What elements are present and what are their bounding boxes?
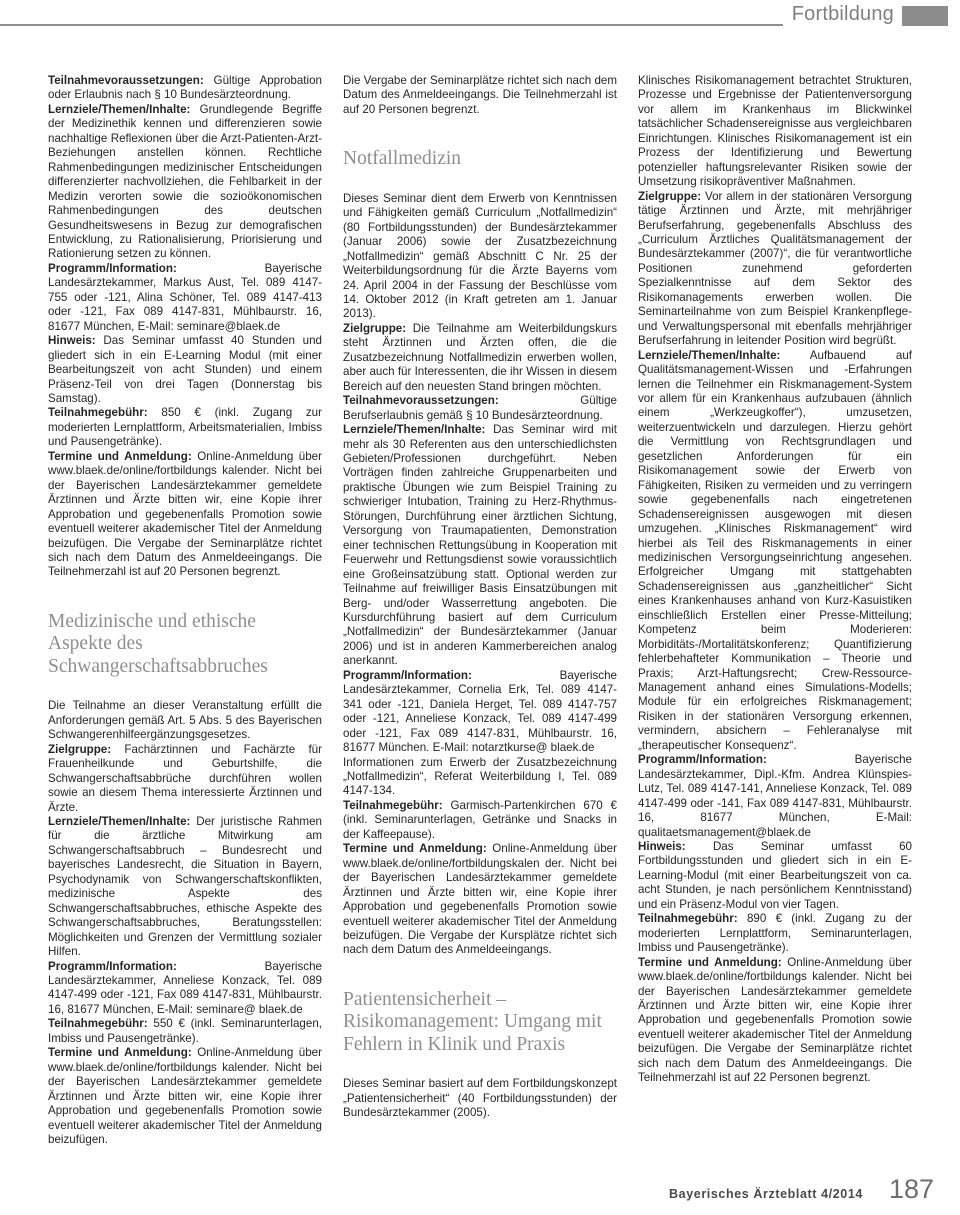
paragraph-text: Der juristische Rahmen für die ärztliche… xyxy=(48,815,322,958)
paragraph-label: Termine und Anmeldung: xyxy=(638,956,782,969)
paragraph-label: Zielgruppe: xyxy=(638,190,701,203)
paragraph: Lernziele/Themen/Inhalte: Aufbauend auf … xyxy=(638,349,912,754)
paragraph-label: Teilnahmegebühr: xyxy=(638,912,738,925)
paragraph: Programm/Information: Bayerische Landesä… xyxy=(638,753,912,840)
paragraph-label: Termine und Anmeldung: xyxy=(48,450,192,463)
paragraph: Hinweis: Das Seminar umfasst 60 Fortbild… xyxy=(638,840,912,912)
column-3: Klinisches Risikomanagement betrachtet S… xyxy=(638,74,912,1147)
masthead-rule xyxy=(0,24,783,26)
journal-name: Bayerisches Ärzteblatt 4/2014 xyxy=(669,1187,863,1201)
paragraph: Teilnahmegebühr: 550 € (inkl. Seminarunt… xyxy=(48,1017,322,1046)
paragraph: Programm/Information: Bayerische Landesä… xyxy=(48,262,322,334)
paragraph: Teilnahmegebühr: 890 € (inkl. Zugang zu … xyxy=(638,912,912,955)
paragraph-text: Klinisches Risikomanagement betrachtet S… xyxy=(638,74,912,188)
column-1: Teilnahmevoraussetzungen: Gültige Approb… xyxy=(48,74,322,1147)
paragraph-label: Programm/Information: xyxy=(343,669,472,682)
paragraph: Teilnahmegebühr: Garmisch-Partenkirchen … xyxy=(343,799,617,842)
paragraph-text: Die Vergabe der Seminarplätze richtet si… xyxy=(343,74,617,116)
paragraph: Zielgruppe: Fachärztinnen und Fachärzte … xyxy=(48,743,322,815)
paragraph-text: Online-Anmeldung über www.blaek.de/onlin… xyxy=(48,450,322,579)
paragraph: Termine und Anmeldung: Online-Anmeldung … xyxy=(638,956,912,1086)
section-heading: Medizinische und ethische Aspekte des Sc… xyxy=(48,611,322,679)
paragraph: Informationen zum Erwerb der Zusatzbezei… xyxy=(343,756,617,799)
paragraph-text: Grundlegende Begriffe der Medizinethik k… xyxy=(48,103,322,261)
paragraph-label: Lernziele/Themen/Inhalte: xyxy=(638,349,780,362)
paragraph: Lernziele/Themen/Inhalte: Grundlegende B… xyxy=(48,103,322,262)
paragraph-text: Dieses Seminar dient dem Erwerb von Kenn… xyxy=(343,192,617,321)
paragraph-label: Zielgruppe: xyxy=(343,322,406,335)
paragraph: Die Vergabe der Seminarplätze richtet si… xyxy=(343,74,617,117)
paragraph: Dieses Seminar dient dem Erwerb von Kenn… xyxy=(343,192,617,322)
paragraph-label: Teilnahmegebühr: xyxy=(48,1017,148,1030)
paragraph-text: Informationen zum Erwerb der Zusatzbezei… xyxy=(343,756,617,798)
section-heading: Notfallmedizin xyxy=(343,148,617,171)
paragraph: Hinweis: Das Seminar umfasst 40 Stunden … xyxy=(48,334,322,406)
paragraph-label: Lernziele/Themen/Inhalte: xyxy=(48,815,190,828)
paragraph-label: Termine und Anmeldung: xyxy=(48,1046,192,1059)
paragraph: Programm/Information: Bayerische Landesä… xyxy=(343,669,617,756)
paragraph-text: Aufbauend auf Qualitätsmanagement-Wissen… xyxy=(638,349,912,752)
paragraph: Termine und Anmeldung: Online-Anmeldung … xyxy=(343,842,617,958)
paragraph-label: Zielgruppe: xyxy=(48,743,111,756)
paragraph: Die Teilnahme an dieser Veranstaltung er… xyxy=(48,699,322,742)
masthead: Fortbildung xyxy=(0,0,960,34)
corner-marker-box xyxy=(902,6,948,26)
paragraph: Lernziele/Themen/Inhalte: Der juristisch… xyxy=(48,815,322,960)
paragraph: Programm/Information: Bayerische Landesä… xyxy=(48,960,322,1018)
paragraph-text: Das Seminar wird mit mehr als 30 Referen… xyxy=(343,423,617,667)
paragraph-text: Dieses Seminar basiert auf dem Fortbildu… xyxy=(343,1077,617,1119)
paragraph: Teilnahmegebühr: 850 € (inkl. Zugang zur… xyxy=(48,406,322,449)
paragraph-label: Termine und Anmeldung: xyxy=(343,842,487,855)
paragraph: Zielgruppe: Die Teilnahme am Weiterbildu… xyxy=(343,322,617,394)
paragraph-label: Teilnahmevoraussetzungen: xyxy=(343,394,499,407)
column-2: Die Vergabe der Seminarplätze richtet si… xyxy=(343,74,617,1147)
paragraph-label: Lernziele/Themen/Inhalte: xyxy=(343,423,485,436)
section-heading: Patientensicherheit – Risikomanagement: … xyxy=(343,989,617,1057)
section-title: Fortbildung xyxy=(792,3,894,26)
paragraph-label: Hinweis: xyxy=(638,840,686,853)
paragraph: Klinisches Risikomanagement betrachtet S… xyxy=(638,74,912,190)
paragraph: Teilnahmevoraussetzungen: Gültige Berufs… xyxy=(343,394,617,423)
paragraph: Dieses Seminar basiert auf dem Fortbildu… xyxy=(343,1077,617,1120)
paragraph-label: Teilnahmegebühr: xyxy=(343,799,443,812)
paragraph-label: Programm/Information: xyxy=(48,960,177,973)
paragraph-label: Programm/Information: xyxy=(638,753,767,766)
journal-page: Fortbildung Teilnahmevoraussetzungen: Gü… xyxy=(0,0,960,1215)
paragraph-text: Online-Anmeldung über www.blaek.de/onlin… xyxy=(343,842,617,956)
paragraph: Zielgruppe: Vor allem in der stationären… xyxy=(638,190,912,349)
paragraph-text: Vor allem in der stationären Versorgung … xyxy=(638,190,912,348)
paragraph: Termine und Anmeldung: Online-Anmeldung … xyxy=(48,450,322,580)
paragraph-label: Programm/Information: xyxy=(48,262,177,275)
page-number: 187 xyxy=(889,1174,934,1205)
paragraph: Lernziele/Themen/Inhalte: Das Seminar wi… xyxy=(343,423,617,669)
paragraph-label: Hinweis: xyxy=(48,334,96,347)
page-footer: Bayerisches Ärzteblatt 4/2014 187 xyxy=(669,1174,934,1205)
paragraph-label: Teilnahmevoraussetzungen: xyxy=(48,74,204,87)
paragraph-label: Lernziele/Themen/Inhalte: xyxy=(48,103,190,116)
content-columns: Teilnahmevoraussetzungen: Gültige Approb… xyxy=(48,74,912,1147)
paragraph: Teilnahmevoraussetzungen: Gültige Approb… xyxy=(48,74,322,103)
paragraph: Termine und Anmeldung: Online-Anmeldung … xyxy=(48,1046,322,1147)
paragraph-text: Online-Anmeldung über www.blaek.de/onlin… xyxy=(638,956,912,1085)
paragraph-label: Teilnahmegebühr: xyxy=(48,406,148,419)
paragraph-text: Die Teilnahme an dieser Veranstaltung er… xyxy=(48,699,322,741)
paragraph-text: Online-Anmeldung über www.blaek.de/onlin… xyxy=(48,1046,322,1146)
